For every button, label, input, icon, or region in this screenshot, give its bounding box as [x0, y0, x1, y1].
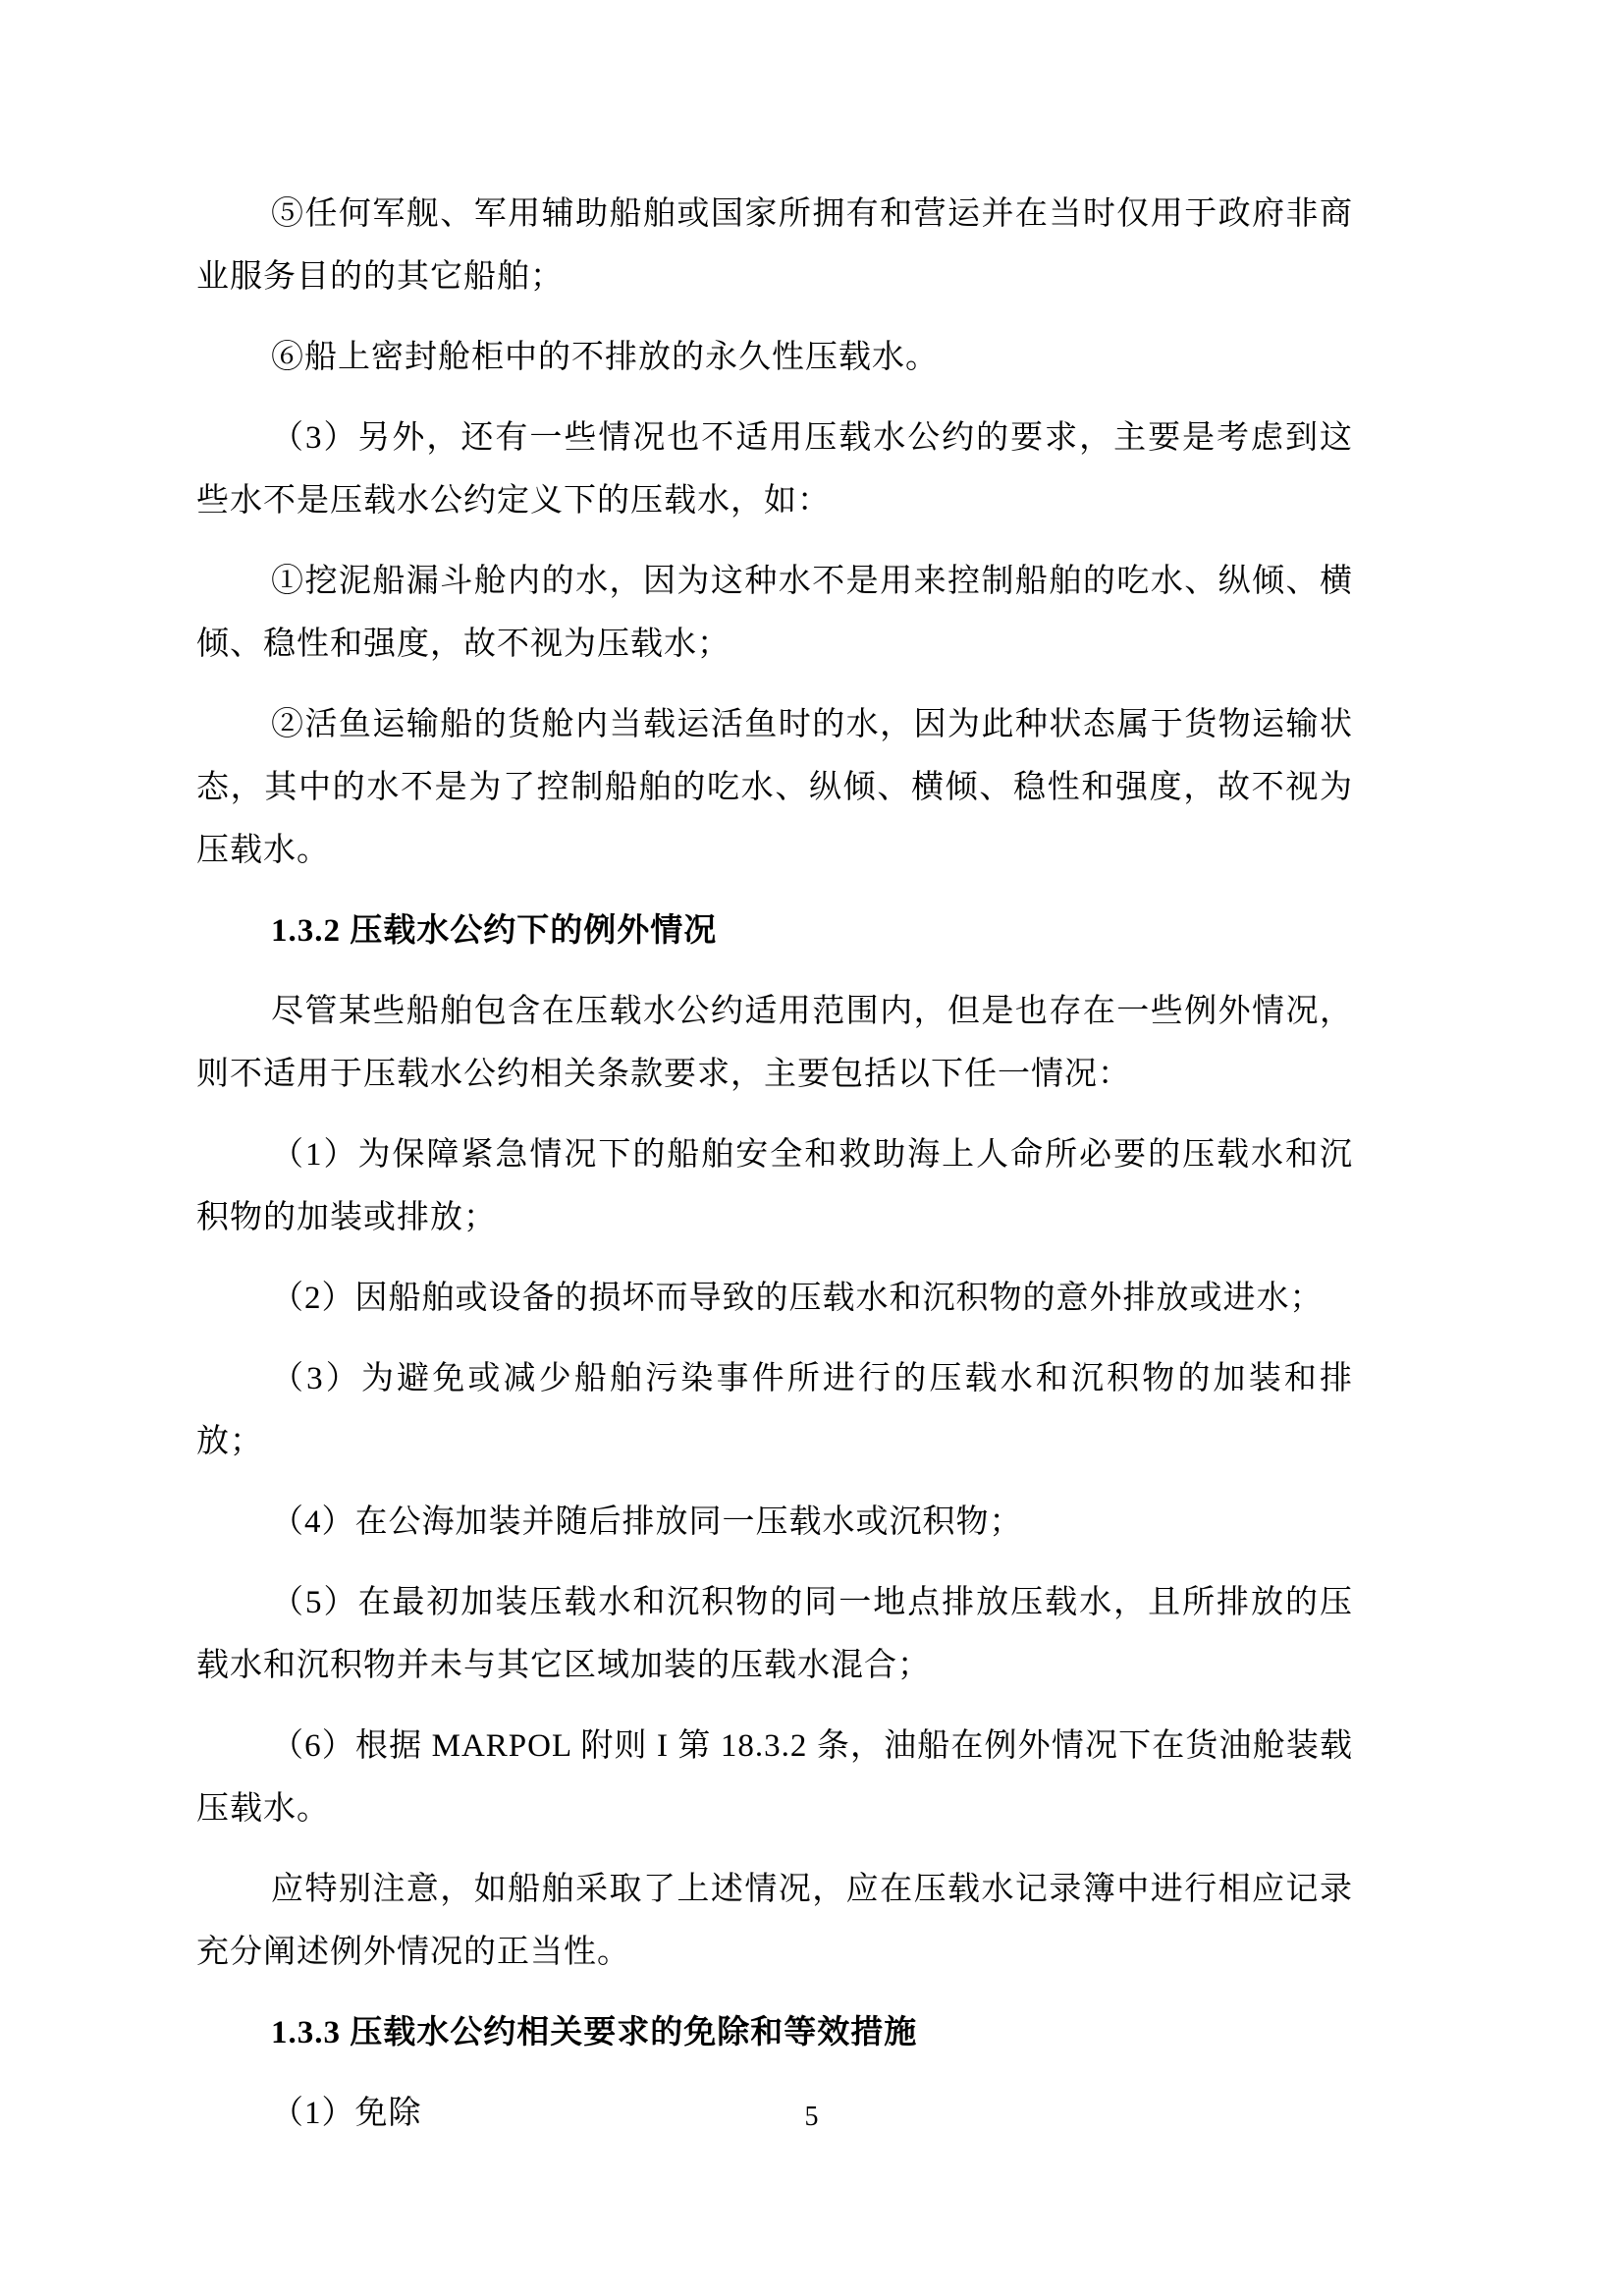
paragraph: ②活鱼运输船的货舱内当载运活鱼时的水，因为此种状态属于货物运输状态，其中的水不是… — [196, 693, 1353, 882]
paragraph: （3）另外，还有一些情况也不适用压载水公约的要求，主要是考虑到这些水不是压载水公… — [196, 407, 1353, 532]
paragraph: （2）因船舶或设备的损坏而导致的压载水和沉积物的意外排放或进水； — [196, 1267, 1353, 1330]
paragraph: （6）根据 MARPOL 附则 I 第 18.3.2 条，油船在例外情况下在货油… — [196, 1715, 1353, 1840]
paragraph: （1）为保障紧急情况下的船舶安全和救助海上人命所必要的压载水和沉积物的加装或排放… — [196, 1123, 1353, 1249]
section-heading: 1.3.3 压载水公约相关要求的免除和等效措施 — [196, 2001, 1353, 2064]
paragraph: ①挖泥船漏斗舱内的水，因为这种水不是用来控制船舶的吃水、纵倾、横倾、稳性和强度，… — [196, 550, 1353, 676]
paragraph: （4）在公海加装并随后排放同一压载水或沉积物； — [196, 1491, 1353, 1554]
paragraph: ⑥船上密封舱柜中的不排放的永久性压载水。 — [196, 326, 1353, 389]
paragraph: 尽管某些船舶包含在压载水公约适用范围内，但是也存在一些例外情况，则不适用于压载水… — [196, 980, 1353, 1106]
section-heading: 1.3.2 压载水公约下的例外情况 — [196, 900, 1353, 962]
document-body: ⑤任何军舰、军用辅助船舶或国家所拥有和营运并在当时仅用于政府非商业服务目的的其它… — [0, 0, 1623, 2145]
paragraph: 应特别注意，如船舶采取了上述情况，应在压载水记录簿中进行相应记录充分阐述例外情况… — [196, 1858, 1353, 1984]
document-page: ⑤任何军舰、军用辅助船舶或国家所拥有和营运并在当时仅用于政府非商业服务目的的其它… — [0, 0, 1623, 2296]
paragraph: （5）在最初加装压载水和沉积物的同一地点排放压载水，且所排放的压载水和沉积物并未… — [196, 1571, 1353, 1697]
paragraph: ⑤任何军舰、军用辅助船舶或国家所拥有和营运并在当时仅用于政府非商业服务目的的其它… — [196, 183, 1353, 308]
page-number: 5 — [0, 2102, 1623, 2133]
paragraph: （3）为避免或减少船舶污染事件所进行的压载水和沉积物的加装和排放； — [196, 1347, 1353, 1473]
